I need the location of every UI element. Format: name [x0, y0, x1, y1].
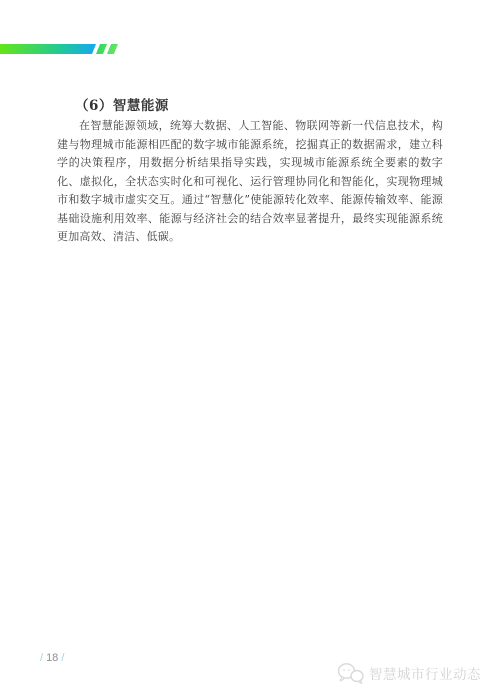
slash-icon [96, 44, 107, 54]
page-number-value: 18 [46, 652, 58, 664]
body-paragraph: 在智慧能源领域，统筹大数据、人工智能、物联网等新一代信息技术，构建与物理城市能源… [57, 117, 443, 247]
page-number: / 18 / [40, 652, 64, 664]
document-page: （6）智慧能源 在智慧能源领域，统筹大数据、人工智能、物联网等新一代信息技术，构… [0, 0, 496, 700]
section-heading: （6）智慧能源 [75, 94, 169, 114]
header-accent-decoration [0, 44, 130, 54]
watermark-logo: 智慧城市行业动态 [336, 661, 481, 685]
page-number-slash-left: / [40, 652, 43, 664]
gradient-bar [0, 44, 96, 54]
slash-icon [107, 44, 118, 54]
watermark-label: 智慧城市行业动态 [369, 663, 481, 683]
page-number-slash-right: / [61, 652, 64, 664]
wechat-logo-icon [336, 661, 365, 685]
